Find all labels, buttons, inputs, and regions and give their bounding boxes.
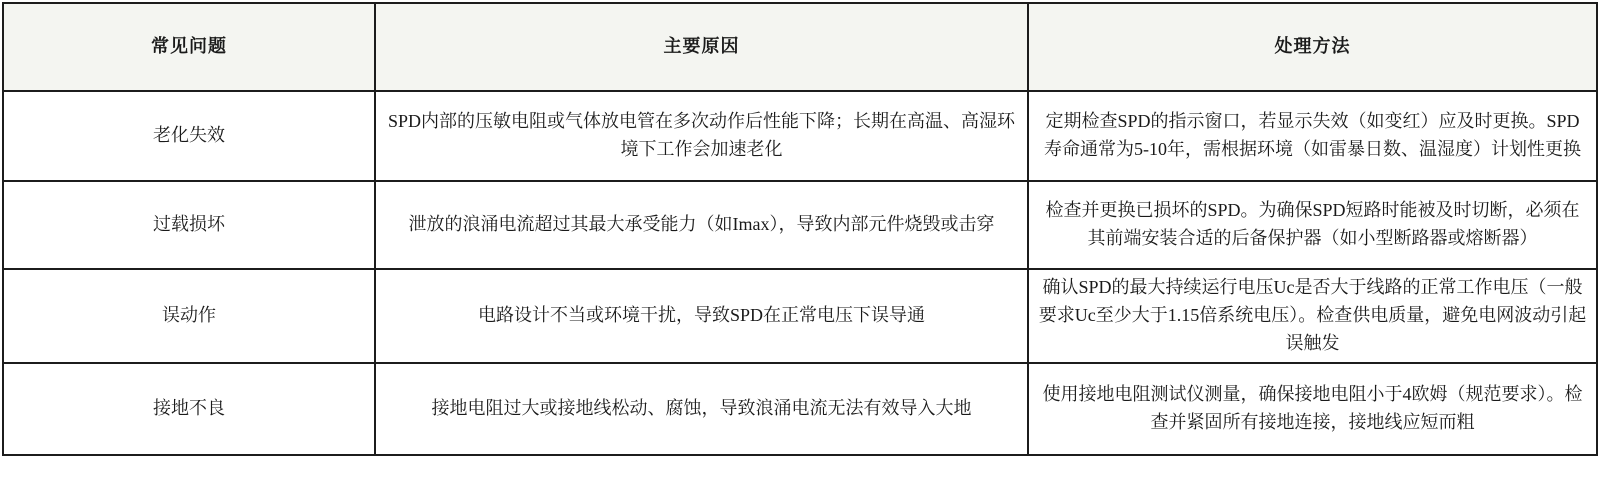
header-cell-cause: 主要原因 (375, 3, 1028, 91)
table-header-row: 常见问题 主要原因 处理方法 (3, 3, 1597, 91)
spd-troubleshooting-table: 常见问题 主要原因 处理方法 老化失效 SPD内部的压敏电阻或气体放电管在多次动… (2, 2, 1598, 456)
row-solution: 确认SPD的最大持续运行电压Uc是否大于线路的正常工作电压（一般要求Uc至少大于… (1028, 269, 1597, 363)
row-cause: SPD内部的压敏电阻或气体放电管在多次动作后性能下降；长期在高温、高湿环境下工作… (375, 91, 1028, 181)
row-problem: 过载损坏 (3, 181, 375, 269)
header-cell-solution: 处理方法 (1028, 3, 1597, 91)
table-row: 老化失效 SPD内部的压敏电阻或气体放电管在多次动作后性能下降；长期在高温、高湿… (3, 91, 1597, 181)
row-solution: 使用接地电阻测试仪测量，确保接地电阻小于4欧姆（规范要求）。检查并紧固所有接地连… (1028, 363, 1597, 455)
row-cause: 电路设计不当或环境干扰，导致SPD在正常电压下误导通 (375, 269, 1028, 363)
table-row: 接地不良 接地电阻过大或接地线松动、腐蚀，导致浪涌电流无法有效导入大地 使用接地… (3, 363, 1597, 455)
row-solution: 定期检查SPD的指示窗口，若显示失效（如变红）应及时更换。SPD寿命通常为5-1… (1028, 91, 1597, 181)
table-row: 误动作 电路设计不当或环境干扰，导致SPD在正常电压下误导通 确认SPD的最大持… (3, 269, 1597, 363)
document-page: 常见问题 主要原因 处理方法 老化失效 SPD内部的压敏电阻或气体放电管在多次动… (0, 2, 1600, 490)
row-problem: 接地不良 (3, 363, 375, 455)
row-cause: 接地电阻过大或接地线松动、腐蚀，导致浪涌电流无法有效导入大地 (375, 363, 1028, 455)
header-cell-problem: 常见问题 (3, 3, 375, 91)
row-problem: 老化失效 (3, 91, 375, 181)
row-problem: 误动作 (3, 269, 375, 363)
row-cause: 泄放的浪涌电流超过其最大承受能力（如Imax），导致内部元件烧毁或击穿 (375, 181, 1028, 269)
table-row: 过载损坏 泄放的浪涌电流超过其最大承受能力（如Imax），导致内部元件烧毁或击穿… (3, 181, 1597, 269)
row-solution: 检查并更换已损坏的SPD。为确保SPD短路时能被及时切断，必须在其前端安装合适的… (1028, 181, 1597, 269)
